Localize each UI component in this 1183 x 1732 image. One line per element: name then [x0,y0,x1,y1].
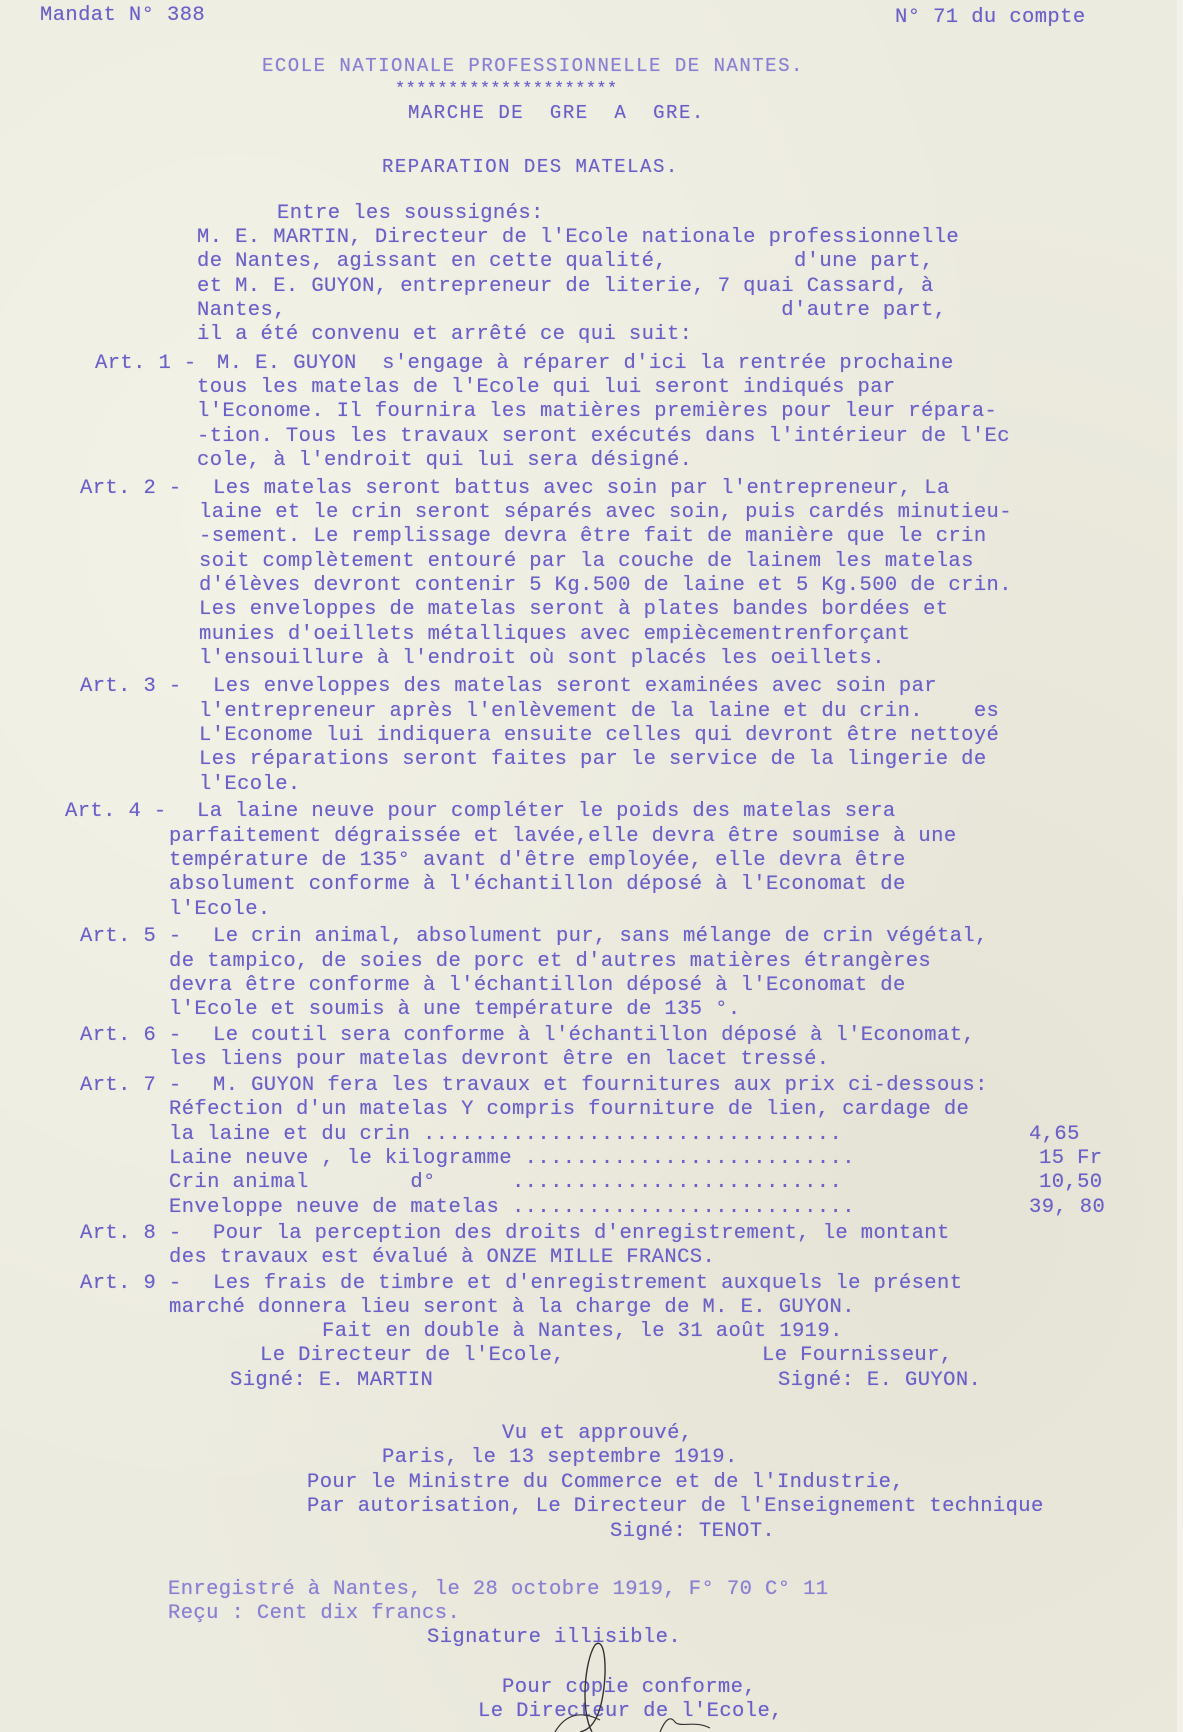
price-item: Enveloppe neuve de matelas [169,1196,499,1219]
article-line: Le coutil sera conforme à l'échantillon … [213,1024,975,1048]
director-title: Le Directeur de l'Ecole, [260,1344,565,1368]
article-label: Art. 7 - [80,1074,182,1098]
article-label: Art. 8 - [80,1222,182,1246]
article-line: munies d'oeillets métalliques avec empiè… [199,623,910,647]
price-row: Laine neuve , le kilogramme ............… [169,1147,855,1171]
parties-line: il a été convenu et arrêté ce qui suit: [197,323,692,347]
article-line: l'Econome. Il fournira les matières prem… [197,400,997,424]
price-item: la laine et du crin [169,1123,410,1146]
approval-line: Pour le Ministre du Commerce et de l'Ind… [307,1471,904,1495]
compte-number: N° 71 du compte [895,6,1086,30]
parties-intro: Entre les soussignés: [277,202,544,226]
article-line: de tampico, de soies de porc et d'autres… [169,950,931,974]
parties-line: et M. E. GUYON, entrepreneur de literie,… [197,275,934,299]
article-line: l'Ecole. [169,898,271,922]
article-line: laine et le crin seront séparés avec soi… [199,501,1012,525]
supplier-title: Le Fournisseur, [762,1344,953,1368]
article-line: des travaux est évalué à ONZE MILLE FRAN… [169,1246,715,1270]
article-line: Les matelas seront battus avec soin par … [213,477,950,501]
article-label: Art. 4 - [65,800,167,824]
article-label: Art. 9 - [80,1272,182,1296]
article-line: M. E. GUYON s'engage à réparer d'ici la … [217,352,954,376]
article-line: d'élèves devront contenir 5 Kg.500 de la… [199,574,1012,598]
article-line: tous les matelas de l'Ecole qui lui sero… [197,376,896,400]
parties-line: de Nantes, agissant en cette qualité, d'… [197,250,934,274]
article-label: Art. 5 - [80,925,182,949]
price-item: Laine neuve , le kilogramme [169,1147,512,1170]
article-line: absolument conforme à l'échantillon dépo… [169,873,906,897]
article-line: soit complètement entouré par la couche … [199,550,974,574]
article-line: Le crin animal, absolument pur, sans mél… [213,925,988,949]
approval-line: Par autorisation, Le Directeur de l'Ense… [307,1495,1044,1519]
article-line: -tion. Tous les travaux seront exécutés … [197,425,1010,449]
price-value: 39, 80 [1029,1196,1105,1220]
star-divider: ********************* [395,78,618,102]
registration-line: Reçu : Cent dix francs. [168,1602,460,1626]
article-line: les liens pour matelas devront être en l… [169,1048,830,1072]
article-line: La laine neuve pour compléter le poids d… [197,800,896,824]
article-label: Art. 6 - [80,1024,182,1048]
price-item: Crin animal d° [169,1171,436,1194]
article-line: l'Ecole. [199,773,301,797]
article-line: l'ensouillure à l'endroit où sont placés… [199,647,885,671]
article-line: Les enveloppes des matelas seront examin… [213,675,937,699]
title-reparation: REPARATION DES MATELAS. [382,155,679,179]
price-row: Crin animal d° .........................… [169,1171,842,1195]
director-signature: Signé: E. MARTIN [230,1369,433,1393]
article-line: M. GUYON fera les travaux et fournitures… [213,1074,988,1098]
price-row: Enveloppe neuve de matelas .............… [169,1196,855,1220]
approval-line: Vu et approuvé, [502,1422,693,1446]
article-line: parfaitement dégraissée et lavée,elle de… [169,825,957,849]
article-line: Pour la perception des droits d'enregist… [213,1222,950,1246]
article-line: Les réparations seront faites par le ser… [199,748,987,772]
mandat-number: Mandat N° 388 [40,4,205,28]
price-value: 15 Fr [1039,1147,1103,1171]
article-line: devra être conforme à l'échantillon dépo… [169,974,906,998]
article-line: marché donnera lieu seront à la charge d… [169,1296,855,1320]
article-line: Les frais de timbre et d'enregistrement … [213,1272,962,1296]
supplier-signature: Signé: E. GUYON. [778,1369,981,1393]
article-line: Réfection d'un matelas Y compris fournit… [169,1098,969,1122]
price-value: 10,50 [1039,1171,1103,1195]
article-label: Art. 2 - [80,477,182,501]
article-label: Art. 1 - [95,352,197,376]
dot-leader: ................................. [410,1123,842,1146]
article-line: température de 135° avant d'être employé… [169,849,906,873]
price-row: la laine et du crin ....................… [169,1123,842,1147]
school-name: ECOLE NATIONALE PROFESSIONNELLE DE NANTE… [262,54,804,78]
document-page: Mandat N° 388 N° 71 du compte ECOLE NATI… [0,0,1183,1732]
article-line: L'Econome lui indiquera ensuite celles q… [199,724,999,748]
article-line: Les enveloppes de matelas seront à plate… [199,598,948,622]
handwritten-signature [520,1640,760,1732]
approval-line: Paris, le 13 septembre 1919. [382,1446,738,1470]
dot-leader: .......................... [436,1171,842,1194]
price-value: 4,65 [1029,1123,1080,1147]
article-line: -sement. Le remplissage devra être fait … [199,525,987,549]
dot-leader: .......................... [512,1147,855,1170]
article-line: l'entrepreneur après l'enlèvement de la … [199,700,999,724]
page-edge [1177,0,1183,1732]
article-line: l'Ecole et soumis à une température de 1… [169,998,741,1022]
approval-line: Signé: TENOT. [610,1520,775,1544]
article-line: cole, à l'endroit qui lui sera désigné. [197,449,692,473]
parties-line: M. E. MARTIN, Directeur de l'Ecole natio… [197,226,959,250]
article-label: Art. 3 - [80,675,182,699]
parties-line: Nantes, d'autre part, [197,299,946,323]
registration-line: Enregistré à Nantes, le 28 octobre 1919,… [168,1578,829,1602]
fait-line: Fait en double à Nantes, le 31 août 1919… [322,1320,843,1344]
dot-leader: ........................... [499,1196,855,1219]
title-marche: MARCHE DE GRE A GRE. [408,101,705,125]
